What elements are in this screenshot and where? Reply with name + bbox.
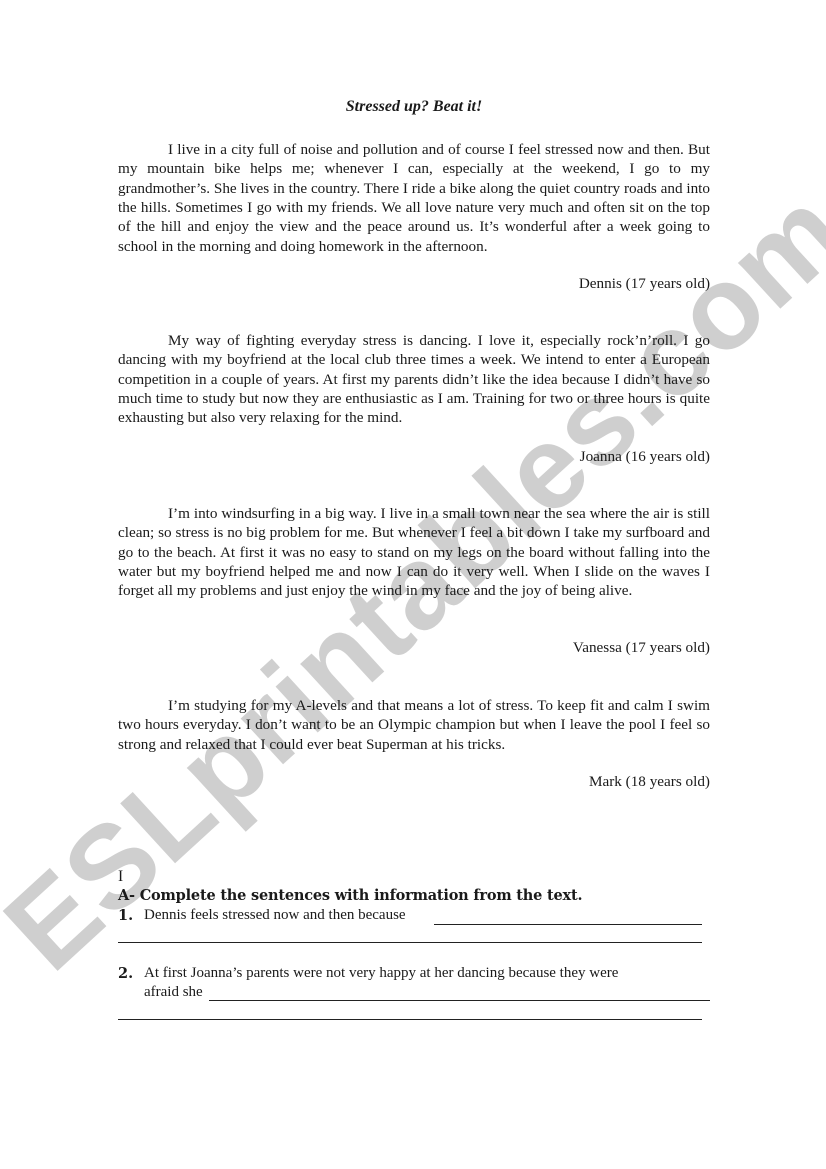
- question-number: 1.: [118, 906, 133, 925]
- question-prompt: At first Joanna’s parents were not very …: [144, 964, 618, 983]
- answer-blank-2b[interactable]: [118, 1019, 702, 1020]
- answer-blank-1a[interactable]: [434, 924, 702, 925]
- question-prompt: Dennis feels stressed now and then becau…: [144, 906, 406, 925]
- testimonial-text-dennis: I live in a city full of noise and pollu…: [118, 140, 710, 256]
- question-prompt-continuation: afraid she: [144, 983, 203, 1002]
- testimonial-text-vanessa: I’m into windsurfing in a big way. I liv…: [118, 504, 710, 601]
- testimonial-text-joanna: My way of fighting everyday stress is da…: [118, 331, 710, 428]
- question-number: 2.: [118, 964, 133, 983]
- exercise-instruction: A- Complete the sentences with informati…: [118, 887, 582, 904]
- answer-blank-2a[interactable]: [209, 1000, 710, 1001]
- answer-blank-1b[interactable]: [118, 942, 702, 943]
- testimonial-author-joanna: Joanna (16 years old): [580, 447, 710, 466]
- section-number: I: [118, 868, 123, 886]
- worksheet-page: ESLprintables.com Stressed up? Beat it! …: [0, 0, 826, 1169]
- testimonial-text-mark: I’m studying for my A-levels and that me…: [118, 696, 710, 754]
- testimonial-author-mark: Mark (18 years old): [589, 772, 710, 791]
- testimonial-author-dennis: Dennis (17 years old): [579, 274, 710, 293]
- page-title: Stressed up? Beat it!: [118, 98, 710, 116]
- testimonial-author-vanessa: Vanessa (17 years old): [573, 638, 710, 657]
